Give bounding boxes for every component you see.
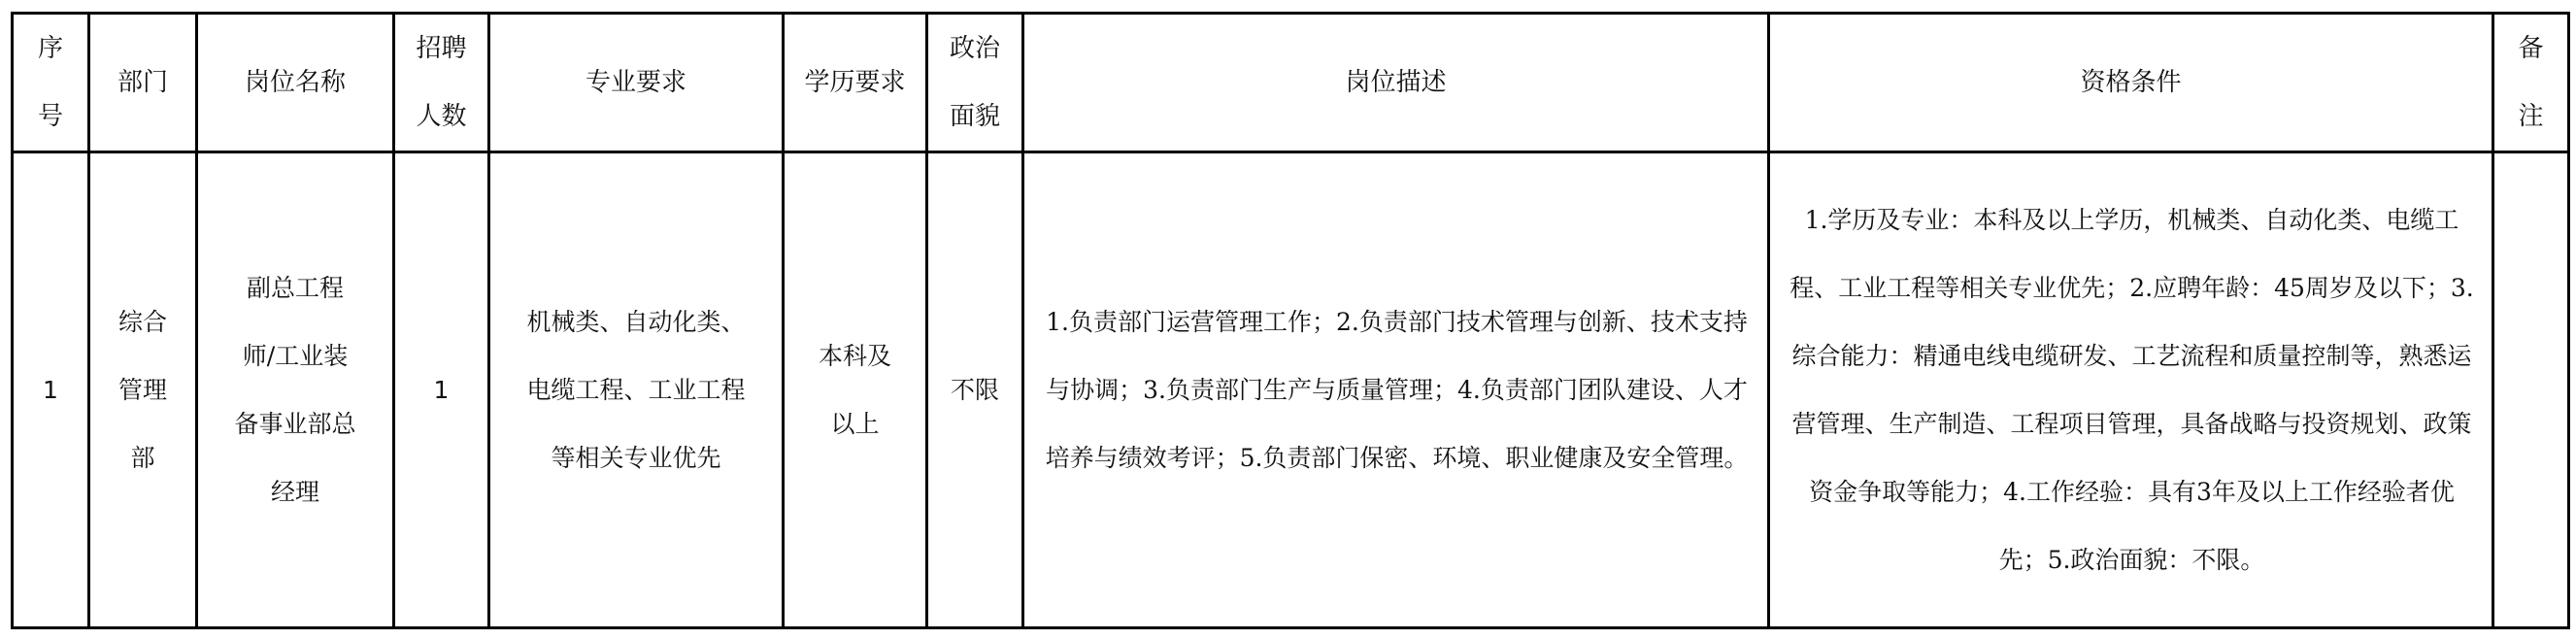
cell-index: 1 bbox=[13, 152, 89, 628]
cell-headcount: 1 bbox=[394, 152, 489, 628]
header-position: 岗位名称 bbox=[197, 14, 394, 152]
cell-education: 本科及以上 bbox=[784, 152, 927, 628]
cell-position: 副总工程师/工业装备事业部总经理 bbox=[197, 152, 394, 628]
header-qualifications: 资格条件 bbox=[1769, 14, 2493, 152]
header-department: 部门 bbox=[89, 14, 197, 152]
header-political: 政治面貌 bbox=[927, 14, 1023, 152]
header-index: 序号 bbox=[13, 14, 89, 152]
table-row: 1 综合管理部 副总工程师/工业装备事业部总经理 1 机械类、自动化类、电缆工程… bbox=[13, 152, 2569, 628]
cell-political: 不限 bbox=[927, 152, 1023, 628]
header-headcount: 招聘人数 bbox=[394, 14, 489, 152]
header-remarks: 备注 bbox=[2493, 14, 2569, 152]
cell-major: 机械类、自动化类、电缆工程、工业工程等相关专业优先 bbox=[489, 152, 784, 628]
header-major: 专业要求 bbox=[489, 14, 784, 152]
table-header: 序号 部门 岗位名称 招聘人数 专业要求 学历要求 政治面貌 岗位描述 资格条件… bbox=[13, 14, 2569, 152]
cell-department: 综合管理部 bbox=[89, 152, 197, 628]
cell-qualifications: 1.学历及专业：本科及以上学历，机械类、自动化类、电缆工程、工业工程等相关专业优… bbox=[1769, 152, 2493, 628]
header-description: 岗位描述 bbox=[1023, 14, 1769, 152]
cell-description: 1.负责部门运营管理工作；2.负责部门技术管理与创新、技术支持与协调；3.负责部… bbox=[1023, 152, 1769, 628]
recruitment-table: 序号 部门 岗位名称 招聘人数 专业要求 学历要求 政治面貌 岗位描述 资格条件… bbox=[11, 12, 2570, 629]
header-education: 学历要求 bbox=[784, 14, 927, 152]
cell-remarks bbox=[2493, 152, 2569, 628]
